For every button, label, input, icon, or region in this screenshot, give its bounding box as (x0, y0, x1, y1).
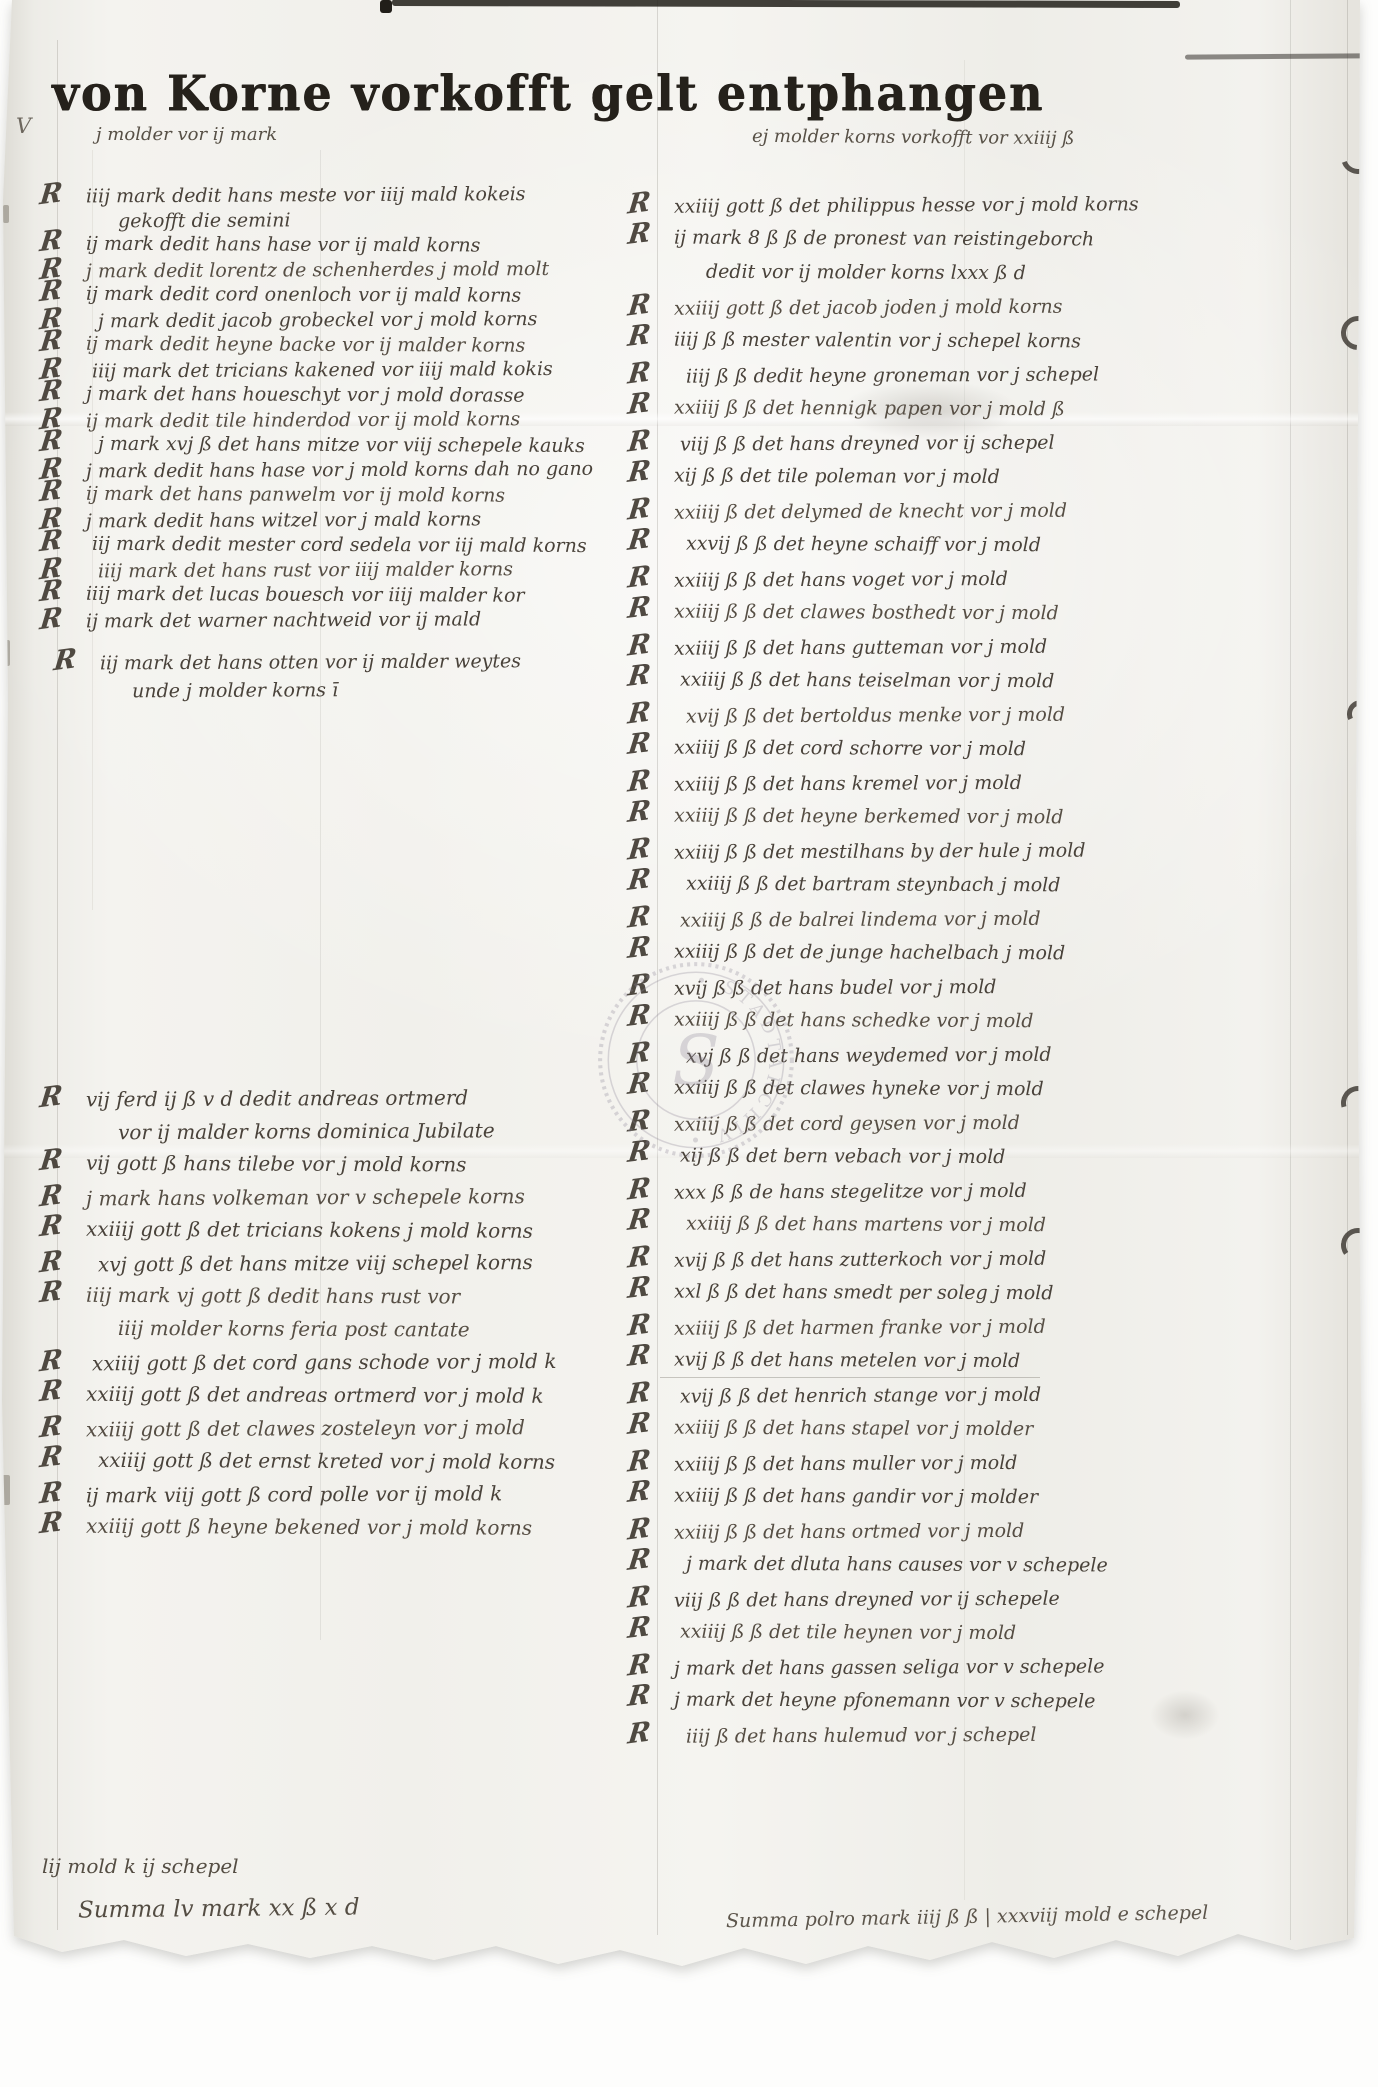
ledger-entry: R xxiiij ß ß de balrei lindema vor j mol… (628, 900, 1368, 938)
ledger-entry: R ij mark dedit hans hase vor ij mald ko… (40, 232, 680, 260)
recepta-margin-mark: R (38, 1079, 64, 1116)
entry-text: xxiiij ß ß det bartram steynbach j mold (686, 873, 1061, 897)
ledger-entry: R j mark xvj ß det hans mitze vor viij s… (40, 432, 680, 460)
entry-text: viij ß ß det hans dreyned vor ij schepel… (674, 1588, 1060, 1612)
entry-text: xxiiij gott ß det ernst kreted vor j mol… (98, 1448, 555, 1474)
ledger-entry: R ij mark dedit cord onenloch vor ij mal… (40, 282, 680, 310)
entry-text: xxiiij gott ß det tricians kokens j mold… (86, 1217, 533, 1243)
entry-text: j mark det hans houeschyt vor j mold dor… (86, 383, 525, 407)
ledger-entry: R iiij mark dedit hans meste vor iiij ma… (40, 181, 680, 234)
entry-text: j mark dedit hans hase vor j mold korns … (86, 458, 593, 483)
recepta-margin-mark: R (39, 180, 64, 208)
ledger-entry: R vij ferd ij ß v d dedit andreas ortmer… (40, 1080, 680, 1149)
summary-note-left-2: Summa lv mark xx ß x d (78, 1895, 360, 1924)
entry-text: j mark det hans gassen seliga vor v sche… (674, 1655, 1105, 1679)
ledger-entry: R xxiiij ß ß det hans gandir vor j molde… (628, 1478, 1368, 1515)
entry-text: iij mark dedit mester cord sedela vor ii… (92, 533, 587, 557)
recepta-margin-mark: R (626, 454, 653, 491)
ledger-entry: R xxiiij ß ß det hans martens vor j mold (628, 1206, 1368, 1243)
edge-nick (3, 205, 9, 223)
entry-text: xxiiij ß ß det hans gandir vor j molder (674, 1485, 1038, 1509)
ledger-entry: R xvij ß ß det henrich stange vor j mold (628, 1376, 1368, 1414)
recepta-margin-mark: R (38, 1505, 65, 1541)
ledger-entry: R j mark det hans gassen seliga vor v sc… (628, 1648, 1368, 1686)
ledger-entry: R xxiiij ß ß det hans teiselman vor j mo… (628, 662, 1368, 699)
top-edge-streak (380, 0, 392, 13)
page-title: von Korne vorkofft gelt entphangen (52, 64, 1044, 121)
entry-text: iiij mark det hans rust vor iiij malder … (98, 558, 513, 582)
entry-text: xxiiij ß ß det clawes bosthedt vor j mol… (674, 601, 1059, 625)
ledger-entry: R xxiiij gott ß det ernst kreted vor j m… (40, 1444, 680, 1480)
entry-text: xxiiij gott ß det clawes zosteleyn vor j… (86, 1415, 525, 1441)
edge-nick (0, 1475, 10, 1505)
entry-text: xvij ß ß det henrich stange vor j mold (680, 1384, 1041, 1408)
ledger-entry: R xxiiij ß ß det hans stapel vor j molde… (628, 1410, 1368, 1447)
ledger-entry: R xxiiij gott ß det philippus hesse vor … (628, 186, 1368, 224)
left-column-block2: R iij mark det hans otten vor ij malder … (54, 648, 694, 704)
ledger-entry: R iiij mark vj gott ß dedit hans rust vo… (40, 1279, 680, 1348)
entry-text: xxiiij ß ß det heyne berkemed vor j mold (674, 805, 1064, 829)
entry-text: iiij ß ß mester valentin vor j schepel k… (674, 329, 1081, 353)
ledger-entry: R j mark dedit jacob grobeckel vor j mol… (40, 306, 680, 334)
entry-text: xxiiij ß ß det hans martens vor j mold (686, 1213, 1046, 1237)
entry-text: xxiiij ß ß det mestilhans by der hule j … (674, 840, 1086, 864)
recepta-margin-mark: R (626, 1678, 653, 1715)
ledger-entry: R xxx ß ß de hans stegelitze vor j mold (628, 1172, 1368, 1210)
entry-text: iiij mark det lucas bouesch vor iiij mal… (86, 583, 525, 607)
page-edge-ink-mark (1335, 134, 1378, 179)
header-subnote-right: ej molder korns vorkofft vor xxiiij ß (752, 126, 1074, 149)
entry-text: xxiiij gott ß det andreas ortmerd vor j … (86, 1382, 544, 1408)
entry-text: iiij ß ß dedit heyne groneman vor j sche… (686, 363, 1099, 387)
entry-text: xxiiij ß ß det hans teiselman vor j mold (680, 669, 1054, 693)
recepta-margin-mark: R (626, 1715, 652, 1753)
entry-text: xxiiij ß ß det tile heynen vor j mold (680, 1621, 1016, 1644)
entry-text: iiij mark vj gott ß dedit hans rust vor (86, 1283, 460, 1309)
entry-text: j mark dedit jacob grobeckel vor j mold … (98, 308, 537, 332)
summary-note-left-1: lij mold k ij schepel (42, 1854, 239, 1878)
entry-text: ij mark dedit hans hase vor ij mald korn… (86, 233, 481, 257)
entry-text: xxiiij gott ß det philippus hesse vor j … (674, 193, 1139, 217)
entry-text: ij mark dedit cord onenloch vor ij mald … (86, 283, 521, 307)
recepta-margin-mark: R (38, 1274, 65, 1310)
entry-text: xvij ß ß det bertoldus menke vor j mold (686, 704, 1065, 728)
ledger-entry: R xxl ß ß det hans smedt per soleg j mol… (628, 1274, 1368, 1311)
entry-text: iiij ß det hans hulemud vor j schepel (686, 1724, 1037, 1748)
ledger-entry: R xxiiij ß ß det harmen franke vor j mol… (628, 1308, 1368, 1346)
ledger-entry: R ij mark dedit heyne backe vor ij malde… (40, 332, 680, 360)
ledger-entry: R xxiiij ß ß det clawes bosthedt vor j m… (628, 594, 1368, 631)
left-column-block1: R iiij mark dedit hans meste vor iiij ma… (40, 183, 680, 633)
recepta-margin-mark: R (626, 1202, 653, 1239)
ledger-entry: R j mark hans volkeman vor v schepele ko… (40, 1179, 680, 1215)
entry-text: xxiiij ß ß det hennigk papen vor j mold … (674, 397, 1065, 421)
entry-text: xxiiij ß ß det hans gutteman vor j mold (674, 636, 1047, 660)
scan-background: V von Korne vorkofft gelt entphangen j m… (0, 0, 1378, 2087)
ledger-entry: R xxiiij ß ß det hennigk papen vor j mol… (628, 390, 1368, 427)
entry-text: xxx ß ß de hans stegelitze vor j mold (674, 1180, 1027, 1204)
entry-text: xxiiij ß ß det hans ortmed vor j mold (674, 1520, 1024, 1544)
ledger-entry: R xxiiij ß det delymed de knecht vor j m… (628, 492, 1368, 530)
entry-text: xxiiij ß ß det cord schorre vor j mold (674, 737, 1026, 761)
header-subnote-left: j molder vor ij mark (96, 124, 277, 145)
entry-text: iij mark det hans otten vor ij malder we… (100, 650, 521, 674)
ledger-entry: R iiij mark det tricians kakened vor iii… (40, 356, 680, 384)
page-shadow-wrap: V von Korne vorkofft gelt entphangen j m… (0, 0, 1378, 2087)
ledger-entry: R xxiiij ß ß det hans muller vor j mold (628, 1444, 1368, 1482)
ledger-entry: R iij mark dedit mester cord sedela vor … (40, 532, 680, 560)
entry-text: j mark hans volkeman vor v schepele korn… (86, 1184, 525, 1210)
recepta-margin-mark: R (38, 427, 64, 455)
ledger-entry: R xxiiij ß ß det cord schorre vor j mold (628, 730, 1368, 767)
ledger-entry: R xxiiij gott ß det clawes zosteleyn vor… (40, 1410, 680, 1446)
manuscript-page: V von Korne vorkofft gelt entphangen j m… (0, 0, 1366, 1995)
ledger-entry: R xxiiij ß ß det hans kremel vor j mold (628, 764, 1368, 802)
recepta-margin-mark: R (626, 318, 653, 355)
recepta-margin-mark: R (52, 645, 78, 677)
entry-text: ij mark viij gott ß cord polle vor ij mo… (86, 1481, 502, 1507)
entry-text: xxiiij ß ß det hans voget vor j mold (674, 568, 1008, 592)
entry-text: vij gott ß hans tilebe vor j mold korns (86, 1151, 467, 1177)
entry-text: xvj gott ß det hans mitze viij schepel k… (98, 1250, 533, 1276)
entry-text: ij mark 8 ß ß de pronest van reistingebo… (674, 227, 1094, 251)
ledger-entry: R vij gott ß hans tilebe vor j mold korn… (40, 1147, 680, 1183)
recepta-margin-mark: R (626, 1270, 653, 1307)
entry-text: xxl ß ß det hans smedt per soleg j mold (674, 1281, 1053, 1305)
ledger-entry: R xxiiij ß ß det mestilhans by der hule … (628, 832, 1368, 870)
ledger-entry: R xij ß ß det tile poleman vor j mold (628, 458, 1368, 495)
recepta-margin-mark: R (38, 527, 64, 555)
ledger-entry: R xxiiij ß ß det hans ortmed vor j mold (628, 1512, 1368, 1550)
entry-text: xxiiij gott ß det cord gans schode vor j… (92, 1349, 557, 1375)
ledger-entry: R viij ß ß det hans dreyned vor ij schep… (628, 1580, 1368, 1618)
entry-text: xvij ß ß det hans metelen vor j mold (674, 1349, 1020, 1373)
entry-text: j mark dedit lorentz de schenherdes j mo… (86, 258, 549, 282)
entry-text-continuation: iiij molder korns feria post cantate (118, 1312, 680, 1347)
entry-text: xxiiij gott ß heyne bekened vor j mold k… (86, 1514, 532, 1540)
entry-text: ij mark det hans panwelm vor ij mold kor… (86, 483, 505, 507)
ledger-entry: R xxiiij ß ß det heyne berkemed vor j mo… (628, 798, 1368, 835)
ledger-entry: R xxiiij ß ß det hans voget vor j mold (628, 560, 1368, 598)
ledger-entry: R xxiiij ß ß det bartram steynbach j mol… (628, 866, 1368, 903)
recepta-margin-mark: R (38, 1142, 65, 1178)
entry-text: ij mark det warner nachtweid vor ij mald (86, 608, 481, 632)
entry-text-continuation: dedit vor ij molder korns lxxx ß d (706, 255, 1368, 292)
ledger-entry: R iiij ß det hans hulemud vor j schepel (628, 1716, 1368, 1754)
ledger-entry: R j mark det dluta hans causes vor v sch… (628, 1546, 1368, 1583)
top-edge-streak (392, 0, 1180, 8)
ledger-entry: R ij mark 8 ß ß de pronest van reistinge… (628, 220, 1368, 291)
entry-text: iiij mark det tricians kakened vor iiij … (92, 358, 553, 382)
entry-text: xxiiij ß ß de balrei lindema vor j mold (680, 908, 1041, 932)
entry-text: j mark det dluta hans causes vor v schep… (686, 1553, 1108, 1577)
recepta-margin-mark: R (39, 605, 64, 633)
entry-text: xvij ß ß det hans zutterkoch vor j mold (674, 1248, 1046, 1272)
recepta-margin-mark: R (626, 386, 653, 423)
recepta-margin-mark: R (626, 658, 653, 695)
ledger-entry: R iij mark det hans otten vor ij malder … (54, 646, 694, 705)
recepta-margin-mark: R (626, 216, 653, 253)
ledger-entry: R ij mark det warner nachtweid vor ij ma… (40, 606, 680, 634)
entry-text: xxiiij ß ß det hans stapel vor j molder (674, 1417, 1033, 1441)
recepta-margin-mark: R (38, 1373, 65, 1409)
ledger-entry: R iiij ß ß dedit heyne groneman vor j sc… (628, 356, 1368, 394)
entry-text: xxvij ß ß det heyne schaiff vor j mold (686, 533, 1041, 557)
stamp-center-monogram: S (672, 1021, 720, 1101)
entry-text: ij mark dedit tile hinderdod vor ij mold… (86, 408, 520, 432)
entry-text: viij ß ß det hans dreyned vor ij schepel (680, 432, 1055, 456)
entry-text: xxiiij ß ß det hans kremel vor j mold (674, 772, 1022, 796)
ledger-entry: R xxiiij ß ß det hans gutteman vor j mol… (628, 628, 1368, 666)
ledger-entry: R ij mark det hans panwelm vor ij mold k… (40, 482, 680, 510)
ledger-entry: R iiij mark det hans rust vor iiij malde… (40, 556, 680, 584)
ledger-entry: R j mark dedit hans witzel vor j mald ko… (40, 506, 680, 534)
ledger-entry: R xxiiij gott ß det jacob joden j mold k… (628, 288, 1368, 326)
ledger-entry: R xvj gott ß det hans mitze viij schepel… (40, 1245, 680, 1281)
ledger-entry: R xxvij ß ß det heyne schaiff vor j mold (628, 526, 1368, 563)
ledger-entry: R j mark dedit lorentz de schenherdes j … (40, 256, 680, 284)
recepta-margin-mark: R (38, 377, 64, 405)
left-column-block3: R vij ferd ij ß v d dedit andreas ortmer… (40, 1082, 680, 1544)
entry-text: xxiiij ß ß det harmen franke vor j mold (674, 1316, 1046, 1340)
recepta-margin-mark: R (38, 577, 64, 605)
recepta-margin-mark: R (38, 327, 64, 355)
ledger-entry: R xxiiij gott ß det tricians kokens j mo… (40, 1213, 680, 1249)
entry-text: xij ß ß det tile poleman vor j mold (674, 465, 1000, 488)
ledger-entry: R xvij ß ß det hans zutterkoch vor j mol… (628, 1240, 1368, 1278)
recepta-margin-mark: R (38, 277, 64, 305)
entry-text: ij mark dedit heyne backe vor ij malder … (86, 333, 525, 357)
edge-nick (2, 640, 10, 666)
entry-text: xxiiij gott ß det jacob joden j mold kor… (674, 296, 1063, 320)
recepta-margin-mark: R (38, 1208, 65, 1244)
folio-mark: V (16, 114, 31, 138)
recepta-margin-mark: R (626, 1474, 653, 1511)
ledger-entry: R j mark det heyne pfonemann vor v schep… (628, 1682, 1368, 1719)
recepta-margin-mark: R (626, 1338, 653, 1375)
recepta-margin-mark: R (38, 1439, 65, 1475)
ledger-entry: R viij ß ß det hans dreyned vor ij schep… (628, 424, 1368, 462)
ledger-entry: R j mark det hans houeschyt vor j mold d… (40, 382, 680, 410)
recepta-margin-mark: R (626, 862, 653, 899)
ledger-entry: R xxiiij gott ß det cord gans schode vor… (40, 1344, 680, 1380)
recepta-margin-mark: R (38, 477, 64, 505)
entry-text-continuation: gekofft die semini (118, 206, 680, 234)
entry-text: j mark dedit hans witzel vor j mald korn… (86, 508, 481, 532)
entry-text: vij ferd ij ß v d dedit andreas ortmerd (86, 1085, 468, 1111)
recepta-margin-mark: R (626, 726, 653, 763)
ledger-entry: R xvij ß ß det hans metelen vor j mold (628, 1342, 1368, 1379)
recepta-margin-mark: R (626, 794, 653, 831)
ledger-entry: R ij mark dedit tile hinderdod vor ij mo… (40, 406, 680, 434)
ledger-entry: R xxiiij gott ß det andreas ortmerd vor … (40, 1378, 680, 1414)
archive-stamp: • STADTARCHIV • S (594, 958, 798, 1162)
summary-note-right: Summa polro mark iiij ß ß | xxxviij mold… (726, 1902, 1209, 1932)
entry-text: xxiiij ß det delymed de knecht vor j mol… (674, 500, 1067, 524)
ledger-entry: R xvij ß ß det bertoldus menke vor j mol… (628, 696, 1368, 734)
ledger-entry: R iiij mark det lucas bouesch vor iiij m… (40, 582, 680, 610)
entry-text: iiij mark dedit hans meste vor iiij mald… (86, 183, 526, 207)
recepta-margin-mark: R (626, 590, 653, 627)
entry-text: j mark xvj ß det hans mitze vor viij sch… (98, 433, 585, 457)
ledger-entry: R xxiiij gott ß heyne bekened vor j mold… (40, 1510, 680, 1546)
ledger-entry: R ij mark viij gott ß cord polle vor ij … (40, 1476, 680, 1512)
recepta-margin-mark: R (626, 522, 653, 559)
recepta-margin-mark: R (626, 1542, 653, 1579)
entry-text: xxiiij ß ß det hans muller vor j mold (674, 1452, 1018, 1476)
ledger-entry: R j mark dedit hans hase vor j mold korn… (40, 456, 680, 484)
ledger-entry: R xxiiij ß ß det tile heynen vor j mold (628, 1614, 1368, 1651)
entry-text: j mark det heyne pfonemann vor v schepel… (674, 1689, 1095, 1713)
corner-fold-line (1185, 53, 1363, 59)
ledger-entry: R iiij ß ß mester valentin vor j schepel… (628, 322, 1368, 359)
recepta-margin-mark: R (626, 1406, 653, 1443)
entry-text-continuation: unde j molder korns ī (132, 674, 694, 705)
recepta-margin-mark: R (38, 227, 64, 255)
recepta-margin-mark: R (626, 1610, 653, 1647)
